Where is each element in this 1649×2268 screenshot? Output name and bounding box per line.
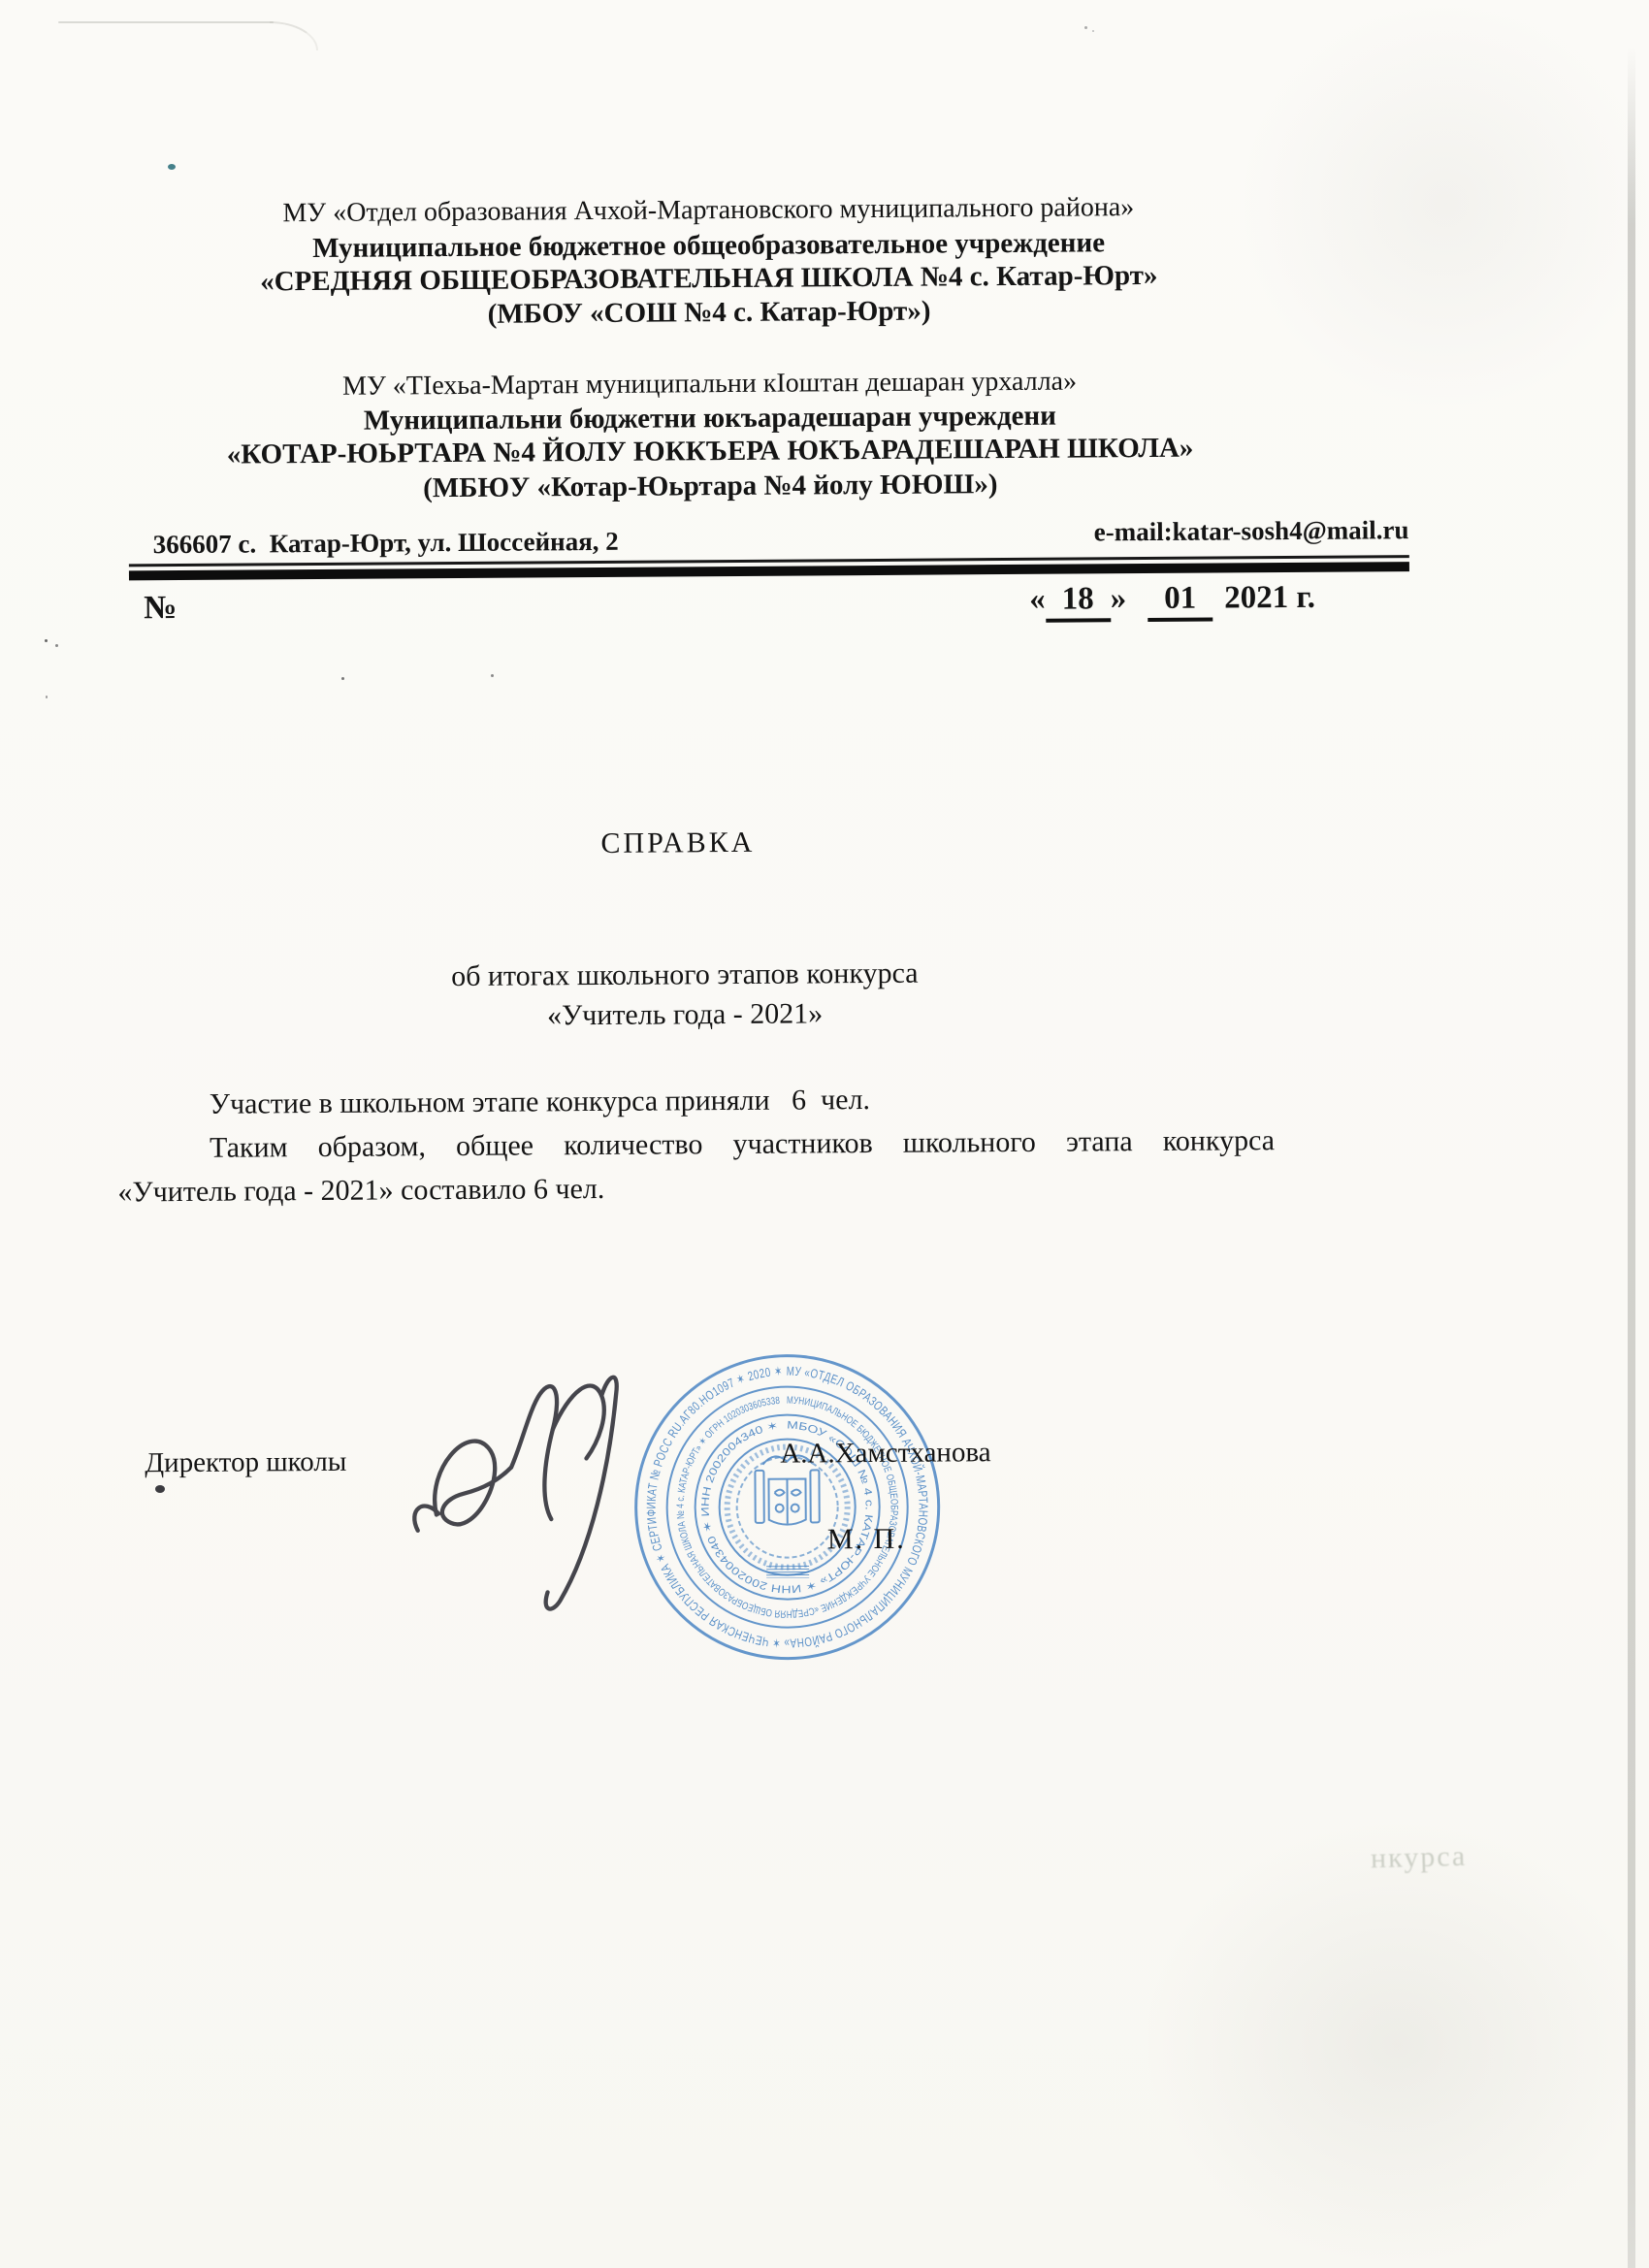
letterhead-ru-line4: (МБОУ «СОШ №4 с. Катар-Юрт») [59,292,1359,333]
bleed-through-ghost-text: нкурса [1371,1840,1468,1876]
letterhead-che-line1: МУ «ТIехьа-Мартан муниципальни кIоштан д… [59,364,1359,404]
date-open-quote: « [1029,582,1046,617]
document-subtitle-line2: «Учитель года - 2021» [35,994,1335,1036]
director-signature [393,1343,802,1690]
document-title: СПРАВКА [28,823,1328,864]
letterhead-ru-line1: МУ «Отдел образования Ачхой-Мартановског… [58,190,1358,230]
body-text: Участие в школьном этапе конкурса принял… [117,1075,1276,1214]
scan-speck [46,696,48,698]
scanned-document-page: нкурса МУ «Отдел образования Ачхой-Марта… [0,0,1649,2268]
date-year: 2021 г. [1224,580,1315,616]
date-month-blank: 01 [1148,581,1212,622]
document-content: МУ «Отдел образования Ачхой-Мартановског… [57,0,1373,2268]
scan-speck [45,639,48,642]
scan-edge-shadow [1628,47,1635,2268]
letterhead-che-line4: (МБЮУ «Котар-Юьртара №4 йолу ЮЮШ») [60,466,1360,506]
date-day-blank: 18 [1046,581,1111,622]
document-date: «18»012021 г. [1029,580,1315,618]
stamp-place-label: М. П. [827,1523,906,1557]
body-paragraph-2-line2: «Учитель года - 2021» составило 6 чел. [117,1162,1275,1214]
signer-name: А.А.Хамстханова [780,1437,991,1471]
date-close-quote: » [1111,581,1127,616]
signer-role: Директор школы [145,1446,346,1479]
scan-speck [55,644,58,647]
body-paragraph-2-line1: Таким образом, общее количество участник… [117,1118,1275,1170]
document-subtitle-line1: об итогах школьного этапов конкурса [35,955,1335,996]
document-number-label: № [144,590,177,627]
postal-address: 366607 с. Катар-Юрт, ул. Шоссейная, 2 [153,527,619,560]
email-address: e-mail:katar-sosh4@mail.ru [1094,515,1409,547]
